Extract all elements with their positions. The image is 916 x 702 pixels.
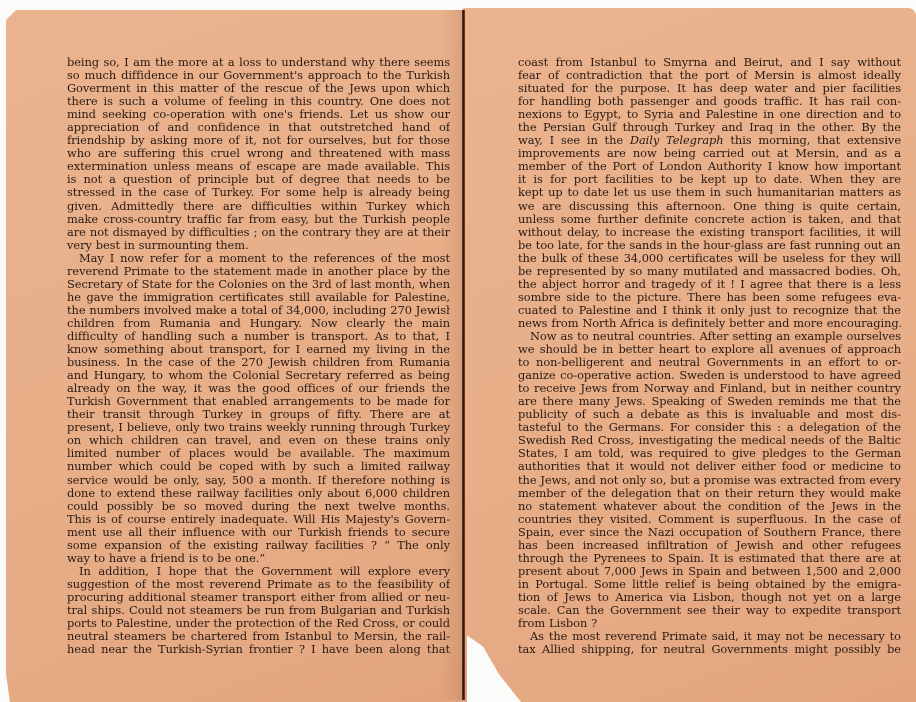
paragraph: being so, I am the more at a loss to und…: [55, 56, 450, 252]
text-line: tax Allied shipping, for neutral Governm…: [506, 643, 901, 656]
text-line: for handling both passenger and goods tr…: [506, 95, 901, 108]
text-line: is not a question of principle but of de…: [55, 173, 450, 186]
text-line: ports to Palestine, under the protection…: [55, 617, 450, 630]
text-line: service would be only, say, 500 a month.…: [55, 474, 450, 487]
text-line: number which could be coped with by such…: [55, 460, 450, 473]
text-line: has been increased infiltration of Jewis…: [506, 539, 901, 552]
text-line: children from Rumania and Hungary. Now c…: [55, 317, 450, 330]
text-line: unless some further definite concrete ac…: [506, 213, 901, 226]
text-line: on which children can travel, and even o…: [55, 434, 450, 447]
text-line: in Portugal. Some little relief is being…: [506, 578, 901, 591]
text-line: May I now refer for a moment to the refe…: [55, 252, 450, 265]
text-line: present about 7,000 Jews in Spain and be…: [506, 565, 901, 578]
text-line: suggestion of the most reverend Primate …: [55, 578, 450, 591]
text-line: scale. Can the Government see their way …: [506, 604, 901, 617]
text-line: difficulty of handling such a number is …: [55, 330, 450, 343]
text-line: ganize co-operative action. Sweden is un…: [506, 369, 901, 382]
text-line: mind seeking co-operation with one's fri…: [55, 108, 450, 121]
text-line: kept up to date let us use them in such …: [506, 186, 901, 199]
text-line: present, I believe, only two trains week…: [55, 421, 450, 434]
book-gutter: [462, 10, 465, 700]
text-line: being so, I am the more at a loss to und…: [55, 56, 450, 69]
text-line: procuring additional steamer transport e…: [55, 591, 450, 604]
text-line: Swedish Red Cross, investigating the med…: [506, 434, 901, 447]
text-line: nexions to Egypt, to Syria and Palestine…: [506, 108, 901, 121]
text-line: situated for the purpose. It has deep wa…: [506, 82, 901, 95]
text-line: member of the Port of London Authority I…: [506, 160, 901, 173]
text-line: extermination unless means of escape are…: [55, 160, 450, 173]
text-line: no statement whatever about the conditio…: [506, 500, 901, 513]
text-line: be too late, for the sands in the hour-g…: [506, 239, 901, 252]
text-line: to non-belligerent and neutral Governmen…: [506, 356, 901, 369]
text-line: reverend Primate to the statement made i…: [55, 265, 450, 278]
text-line: the bulk of these 34,000 certificates wi…: [506, 252, 901, 265]
text-line: the Persian Gulf through Turkey and Iraq…: [506, 121, 901, 134]
text-line: Spain, ever since the Nazi occupation of…: [506, 526, 901, 539]
text-line: countries they visited. Comment is super…: [506, 513, 901, 526]
text-line: Turkish Government that enabled arrangem…: [55, 395, 450, 408]
text-line: without delay, to increase the existing …: [506, 226, 901, 239]
text-line: tion of Jews to America via Lisbon, thou…: [506, 591, 901, 604]
text-line: their transit through Turkey in groups o…: [55, 408, 450, 421]
text-line: Goverment in this matter of the rescue o…: [55, 82, 450, 95]
text-line: member of the delegation that on their r…: [506, 487, 901, 500]
text-line: make cross-country traffic far from easy…: [55, 213, 450, 226]
text-line: In addition, I hope that the Government …: [55, 565, 450, 578]
text-line: ment use all their influence with our Tu…: [55, 526, 450, 539]
text-line: cuated to Palestine and I think it only …: [506, 304, 901, 317]
text-line: we should be in better heart to explore …: [506, 343, 901, 356]
text-line: Secretary of State for the Colonies on t…: [55, 278, 450, 291]
text-line: are not dismayed by difficulties ; on th…: [55, 226, 450, 239]
text-line: authorities that it would not deliver ei…: [506, 460, 901, 473]
text-line: from Lisbon ?: [506, 617, 901, 630]
text-line: As the most reverend Primate said, it ma…: [506, 630, 901, 643]
text-line: stressed in the case of Turkey. For some…: [55, 186, 450, 199]
text-line: given. Admittedly there are difficulties…: [55, 200, 450, 213]
text-line: are there many Jews. Speaking of Sweden …: [506, 395, 901, 408]
text-line: way, I see in the Daily Telegraph this m…: [506, 134, 901, 147]
text-line: who are suffering this cruel wrong and t…: [55, 147, 450, 160]
text-line: This is of course entirely inadequate. W…: [55, 513, 450, 526]
text-line: coast from Istanbul to Smyrna and Beirut…: [506, 56, 901, 69]
text-line: limited number of places would be availa…: [55, 447, 450, 460]
text-line: the abject horror and tragedy of it ! I …: [506, 278, 901, 291]
text-line: to receive Jews from Norway and Finland,…: [506, 382, 901, 395]
left-page-text: being so, I am the more at a loss to und…: [55, 56, 450, 656]
text-line: way to have a friend is to be one.”: [55, 552, 450, 565]
text-line: improvements are now being carried out a…: [506, 147, 901, 160]
text-line: friendship by asking more of it, not for…: [55, 134, 450, 147]
paragraph: In addition, I hope that the Government …: [55, 565, 450, 656]
text-line: States, I am told, was required to give …: [506, 447, 901, 460]
text-line: there is such a volume of feeling in thi…: [55, 95, 450, 108]
text-line: he gave the immigration certificates sti…: [55, 291, 450, 304]
text-line: and Hungary, to whom the Colonial Secret…: [55, 369, 450, 382]
text-line: tral ships. Could not steamers be run fr…: [55, 604, 450, 617]
paragraph: Now as to neutral countries. After setti…: [506, 330, 901, 630]
text-line: could possibly be so moved during the ne…: [55, 500, 450, 513]
text-line: the Jews, and not only so, but a promise…: [506, 474, 901, 487]
paragraph: As the most reverend Primate said, it ma…: [506, 630, 901, 656]
text-line: so much diffidence in our Government's a…: [55, 69, 450, 82]
text-line: done to extend these railway facilities …: [55, 487, 450, 500]
text-line: appreciation of and confidence in that o…: [55, 121, 450, 134]
text-line: business. In the case of the 270 Jewish …: [55, 356, 450, 369]
paragraph: May I now refer for a moment to the refe…: [55, 252, 450, 565]
text-line: publicity of such a debate as this is in…: [506, 408, 901, 421]
right-page-text: coast from Istanbul to Smyrna and Beirut…: [506, 56, 901, 656]
text-line: tasteful to the Germans. For consider th…: [506, 421, 901, 434]
text-line: it is for port facilities to be kept up …: [506, 173, 901, 186]
text-line: some expansion of the existing railway f…: [55, 539, 450, 552]
text-line: Now as to neutral countries. After setti…: [506, 330, 901, 343]
text-line: be represented by so many mutilated and …: [506, 265, 901, 278]
text-line: already on the way, it was the good offi…: [55, 382, 450, 395]
text-line: head near the Turkish-Syrian frontier ? …: [55, 643, 450, 656]
text-line: very best in surmounting them.: [55, 239, 450, 252]
text-line: we are discussing this afternoon. One th…: [506, 200, 901, 213]
text-line: know something about transport, for I ea…: [55, 343, 450, 356]
text-line: neutral steamers be chartered from Istan…: [55, 630, 450, 643]
paragraph: coast from Istanbul to Smyrna and Beirut…: [506, 56, 901, 330]
text-line: through the Pyrenees to Spain. It is est…: [506, 552, 901, 565]
text-line: fear of contradiction that the port of M…: [506, 69, 901, 82]
text-line: sombre side to the picture. There has be…: [506, 291, 901, 304]
text-line: news from North Africa is definitely bet…: [506, 317, 901, 330]
text-line: the numbers involved make a total of 34,…: [55, 304, 450, 317]
